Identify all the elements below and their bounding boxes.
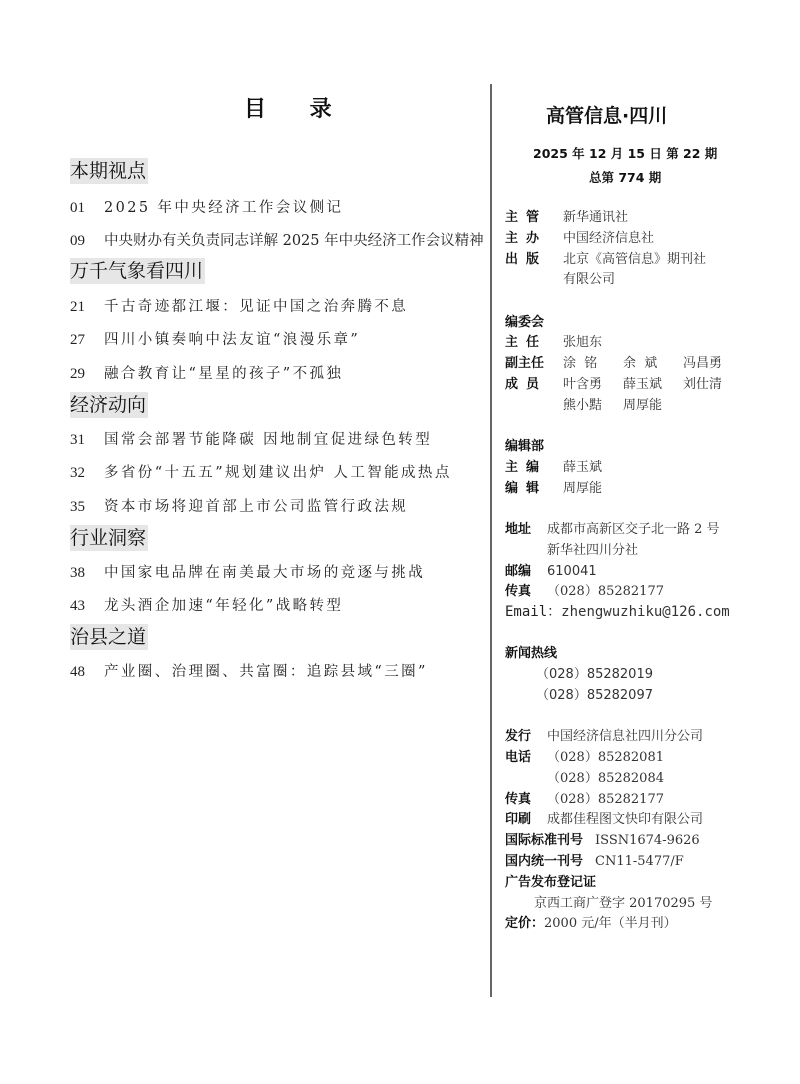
section-heading: 经济动向 xyxy=(70,392,148,418)
article-title: 资本市场将迎首部上市公司监管行政法规 xyxy=(104,499,408,515)
article-title: 四川小镇奏响中法友谊“浪漫乐章” xyxy=(104,332,360,348)
article-title: 产业圈、治理圈、共富圈：追踪县域“三圈” xyxy=(104,664,428,680)
address: 地址成都市高新区交子北一路 2 号 xyxy=(505,520,720,540)
hotline-heading: 新闻热线 xyxy=(505,644,557,664)
toc-item[interactable]: 43龙头酒企加速“年轻化”战略转型 xyxy=(70,596,343,616)
article-title: 中央财办有关负责同志详解 2025 年中央经济工作会议精神 xyxy=(104,233,484,249)
hotline-number: （028）85282019 xyxy=(536,665,653,685)
cn-number: 国内统一刊号CN11-5477/F xyxy=(505,852,684,872)
ad-license-label: 广告发布登记证 xyxy=(505,873,596,893)
page-number: 35 xyxy=(70,497,104,517)
chief-editor: 主编薛玉斌 xyxy=(505,458,602,478)
toc-item[interactable]: 35资本市场将迎首部上市公司监管行政法规 xyxy=(70,497,408,517)
issn: 国际标准刊号ISSN1674-9626 xyxy=(505,831,700,851)
phone-cont: （028）85282084 xyxy=(547,769,664,789)
toc-item[interactable]: 29融合教育让“星星的孩子”不孤独 xyxy=(70,364,343,384)
toc-item[interactable]: 48产业圈、治理圈、共富圈：追踪县域“三圈” xyxy=(70,662,428,682)
column-divider xyxy=(490,84,492,997)
phone: 电话（028）85282081 xyxy=(505,748,664,768)
hotline-number: （028）85282097 xyxy=(536,686,653,706)
article-title: 2025 年中央经济工作会议侧记 xyxy=(104,200,343,216)
publisher-row-cont: 有限公司 xyxy=(563,270,615,290)
article-title: 中国家电品牌在南美最大市场的竞逐与挑战 xyxy=(104,565,425,581)
committee-members-cont: 熊小黠周厚能 xyxy=(563,396,662,416)
editor: 编辑周厚能 xyxy=(505,479,602,499)
dept-heading: 编辑部 xyxy=(505,437,544,457)
page-number: 48 xyxy=(70,662,104,682)
page-number: 43 xyxy=(70,596,104,616)
committee-heading: 编委会 xyxy=(505,313,544,333)
page-number: 27 xyxy=(70,330,104,350)
committee-director: 主任张旭东 xyxy=(505,333,602,353)
page-number: 21 xyxy=(70,297,104,317)
committee-members: 成员叶含勇薛玉斌刘仕清 xyxy=(505,375,722,395)
article-title: 多省份“十五五”规划建议出炉 人工智能成热点 xyxy=(104,465,452,481)
publisher-row: 出版北京《高管信息》期刊社 xyxy=(505,250,706,270)
article-title: 千古奇迹都江堰：见证中国之治奔腾不息 xyxy=(104,299,408,315)
email: Email：zhengwuzhiku@126.com xyxy=(505,602,730,623)
committee-deputy: 副主任涂 铭余 斌冯昌勇 xyxy=(505,354,722,374)
toc-item[interactable]: 27四川小镇奏响中法友谊“浪漫乐章” xyxy=(70,330,360,350)
page-number: 29 xyxy=(70,364,104,384)
masthead-title: 高管信息·四川 xyxy=(546,101,667,128)
toc-item[interactable]: 38中国家电品牌在南美最大市场的竞逐与挑战 xyxy=(70,563,425,583)
page-number: 09 xyxy=(70,231,104,251)
toc-item[interactable]: 31国常会部署节能降碳 因地制宜促进绿色转型 xyxy=(70,430,432,450)
price: 定价：2000 元/年（半月刊） xyxy=(505,914,677,934)
publisher-row: 主管新华通讯社 xyxy=(505,208,628,228)
page-number: 38 xyxy=(70,563,104,583)
printer: 印刷成都佳程图文快印有限公司 xyxy=(505,810,703,830)
email-link[interactable]: zhengwuzhiku@126.com xyxy=(561,604,730,620)
publisher-row: 主办中国经济信息社 xyxy=(505,229,654,249)
ad-license: 京西工商广登字 20170295 号 xyxy=(534,894,712,914)
issue-date: 2025 年 12 月 15 日 第 22 期 xyxy=(533,144,717,162)
toc-item[interactable]: 012025 年中央经济工作会议侧记 xyxy=(70,198,343,218)
toc-item[interactable]: 32多省份“十五五”规划建议出炉 人工智能成热点 xyxy=(70,463,452,483)
page-number: 32 xyxy=(70,463,104,483)
page-number: 31 xyxy=(70,430,104,450)
address-cont: 新华社四川分社 xyxy=(547,541,638,561)
issuer: 发行中国经济信息社四川分公司 xyxy=(505,727,703,747)
article-title: 龙头酒企加速“年轻化”战略转型 xyxy=(104,598,343,614)
article-title: 融合教育让“星星的孩子”不孤独 xyxy=(104,366,343,382)
section-heading: 万千气象看四川 xyxy=(70,258,205,284)
article-title: 国常会部署节能降碳 因地制宜促进绿色转型 xyxy=(104,432,432,448)
toc-title: 目 录 xyxy=(244,92,350,123)
section-heading: 本期视点 xyxy=(70,158,148,184)
toc-item[interactable]: 21千古奇迹都江堰：见证中国之治奔腾不息 xyxy=(70,297,408,317)
toc-item[interactable]: 09中央财办有关负责同志详解 2025 年中央经济工作会议精神 xyxy=(70,231,484,251)
dist-fax: 传真（028）85282177 xyxy=(505,790,664,810)
section-heading: 行业洞察 xyxy=(70,525,148,551)
section-heading: 治县之道 xyxy=(70,624,148,650)
total-issue: 总第 774 期 xyxy=(589,168,661,186)
fax: 传真（028）85282177 xyxy=(505,582,664,602)
page-number: 01 xyxy=(70,198,104,218)
postcode: 邮编610041 xyxy=(505,562,597,582)
